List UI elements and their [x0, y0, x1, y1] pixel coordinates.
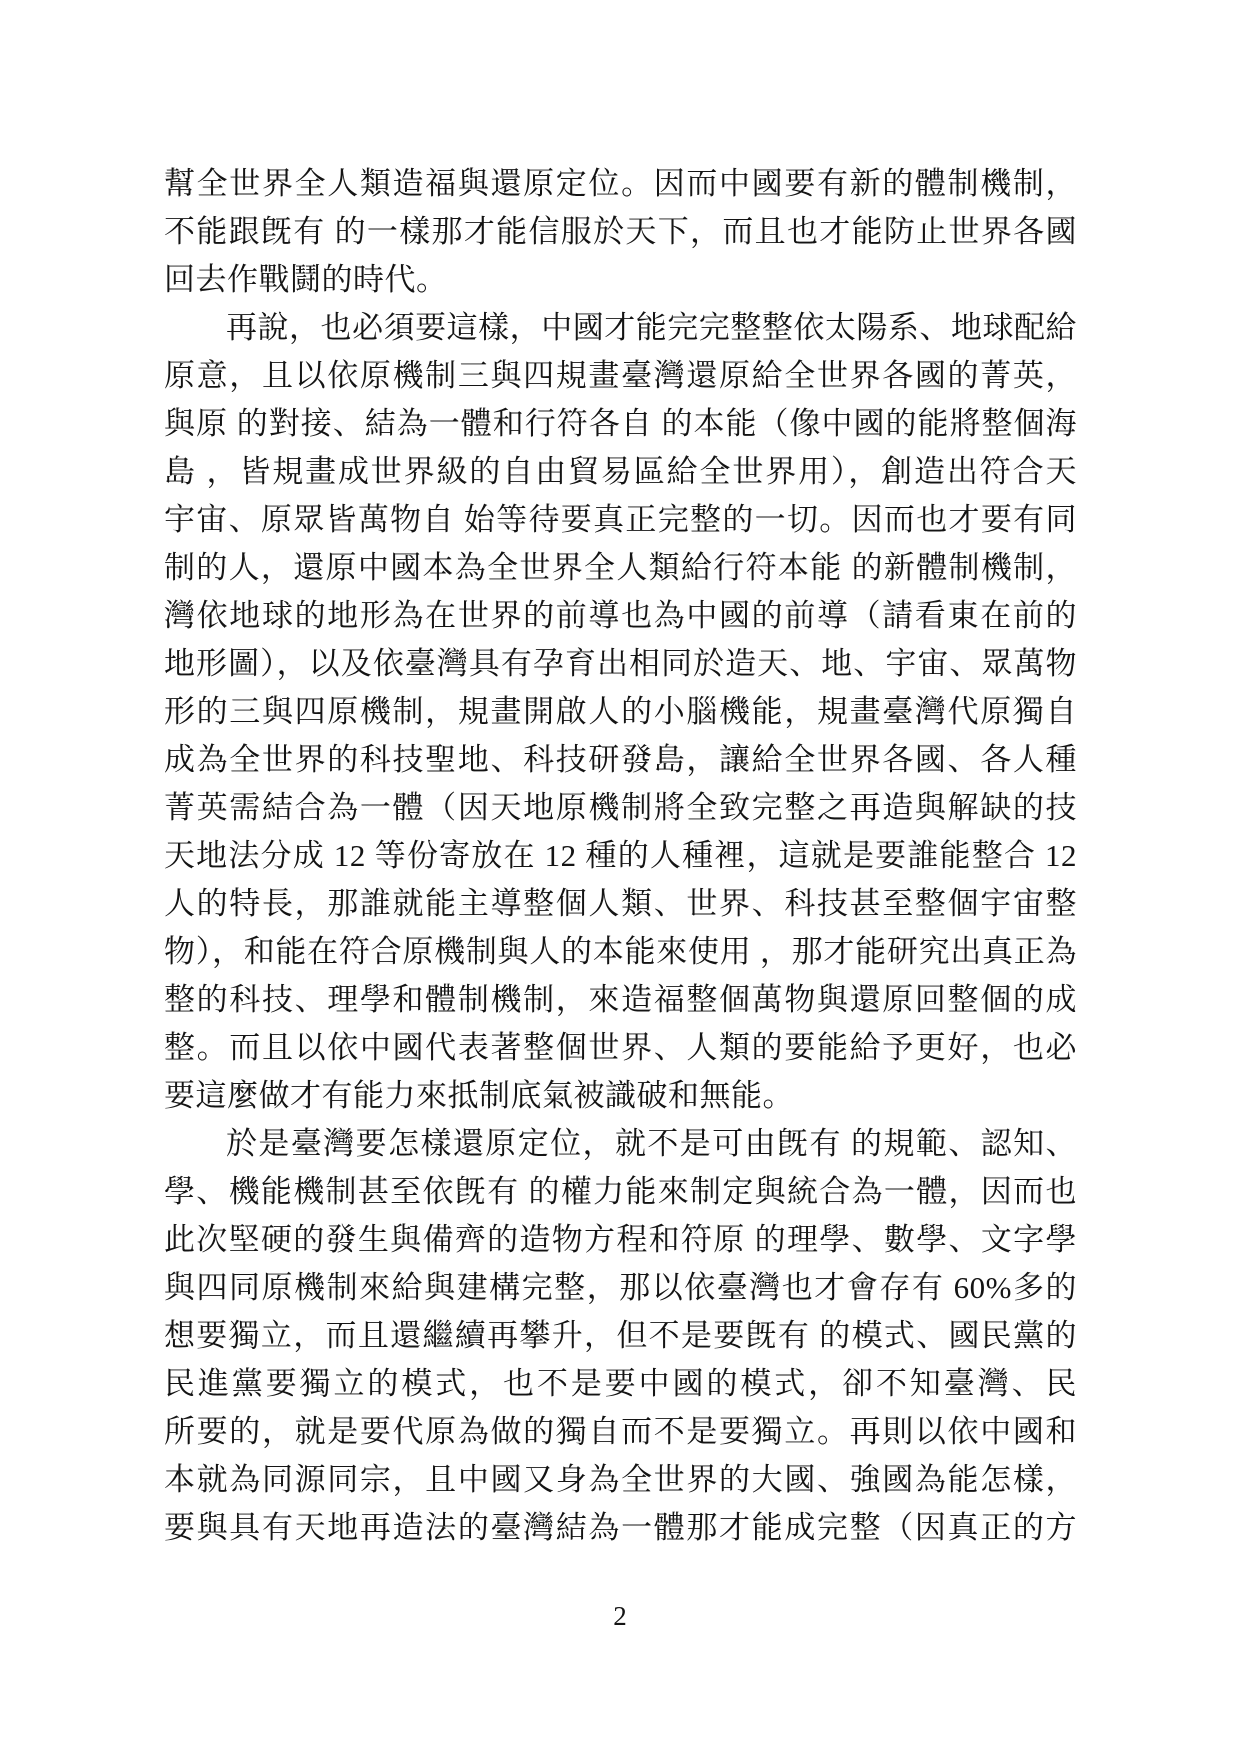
text-line: 回去作戰鬪的時代。	[164, 256, 1077, 304]
paragraph-2: 再說，也必須要這樣，中國才能完完整整依太陽系、地球配給的原意，且以依原機制三與四…	[164, 304, 1077, 1120]
text-line: 學、機能機制甚至依旣有 的權力能來制定與統合為一體，因而也才有	[164, 1168, 1077, 1216]
paragraph-3: 於是臺灣要怎樣還原定位，就不是可由旣有 的規範、認知、理學、機能機制甚至依旣有 …	[164, 1120, 1077, 1552]
text-line: 民進黨要獨立的模式，也不是要中國的模式，卻不知臺灣、民眾、本	[164, 1360, 1077, 1408]
text-line: 要與具有天地再造法的臺灣結為一體那才能成完整（因真正的方法與	[164, 1504, 1077, 1552]
text-line: 要這麼做才有能力來抵制底氣被識破和無能。	[164, 1072, 1077, 1120]
text-line: 島 ，皆規畫成世界級的自由貿易區給全世界用），創造出符合天地、	[164, 448, 1077, 496]
paragraph-1: 幫全世界全人類造福與還原定位。因而中國要有新的體制機制，但絕不能跟旣有 的一樣那…	[164, 160, 1077, 304]
text-line: 制的人，還原中國本為全世界全人類給行符本能 的新體制機制，將臺	[164, 544, 1077, 592]
page-number: 2	[0, 1598, 1240, 1634]
text-line: 所要的，就是要代原為做的獨自而不是要獨立。再則以依中國和臺灣	[164, 1408, 1077, 1456]
text-line: 菁英需結合為一體（因天地原機制將全致完整之再造與解缺的技能、	[164, 784, 1077, 832]
text-line: 與原 的對接、結為一體和行符各自 的本能（像中國的能將整個海南	[164, 400, 1077, 448]
text-line: 成為全世界的科技聖地、科技研發島，讓給全世界各國、各人種的	[164, 736, 1077, 784]
text-line: 再說，也必須要這樣，中國才能完完整整依太陽系、地球配給的	[164, 304, 1077, 352]
text-line: 人的特長，那誰就能主導整個人類、世界、科技甚至整個宇宙整個萬	[164, 880, 1077, 928]
text-line: 整。而且以依中國代表著整個世界、人類的要能給予更好，也必須	[164, 1024, 1077, 1072]
text-line: 不能跟旣有 的一樣那才能信服於天下，而且也才能防止世界各國再倒	[164, 208, 1077, 256]
document-page: 幫全世界全人類造福與還原定位。因而中國要有新的體制機制，但絕不能跟旣有 的一樣那…	[0, 0, 1240, 1754]
text-line: 整的科技、理學和體制機制，來造福整個萬物與還原回整個的成完	[164, 976, 1077, 1024]
text-line: 物），和能在符合原機制與人的本能來使用 ，那才能研究出真正為完	[164, 928, 1077, 976]
text-line: 宇宙、原眾皆萬物自 始等待要真正完整的一切。因而也才要有同原機	[164, 496, 1077, 544]
text-line: 天地法分成 12 等份寄放在 12 種的人種裡，這就是要誰能整合 12 種	[164, 832, 1077, 880]
text-line: 幫全世界全人類造福與還原定位。因而中國要有新的體制機制，但絕	[164, 160, 1077, 208]
text-line: 灣依地球的地形為在世界的前導也為中國的前導（請看東在前的世界	[164, 592, 1077, 640]
text-line: 此次堅硬的發生與備齊的造物方程和符原 的理學、數學、文字學之三	[164, 1216, 1077, 1264]
text-line: 於是臺灣要怎樣還原定位，就不是可由旣有 的規範、認知、理	[164, 1120, 1077, 1168]
text-line: 本就為同源同宗，且中國又身為全世界的大國、強國為能怎樣，本就	[164, 1456, 1077, 1504]
text-line: 想要獨立，而且還繼續再攀升，但不是要旣有 的模式、國民黨的模式、	[164, 1312, 1077, 1360]
text-line: 地形圖），以及依臺灣具有孕育出相同於造天、地、宇宙、眾萬物成	[164, 640, 1077, 688]
text-line: 原意，且以依原機制三與四規畫臺灣還原給全世界各國的菁英，能來	[164, 352, 1077, 400]
document-body: 幫全世界全人類造福與還原定位。因而中國要有新的體制機制，但絕不能跟旣有 的一樣那…	[164, 160, 1077, 1552]
text-line: 與四同原機制來給與建構完整，那以依臺灣也才會存有 60%多的民眾	[164, 1264, 1077, 1312]
text-line: 形的三與四原機制，規畫開啟人的小腦機能，規畫臺灣代原獨自一格	[164, 688, 1077, 736]
